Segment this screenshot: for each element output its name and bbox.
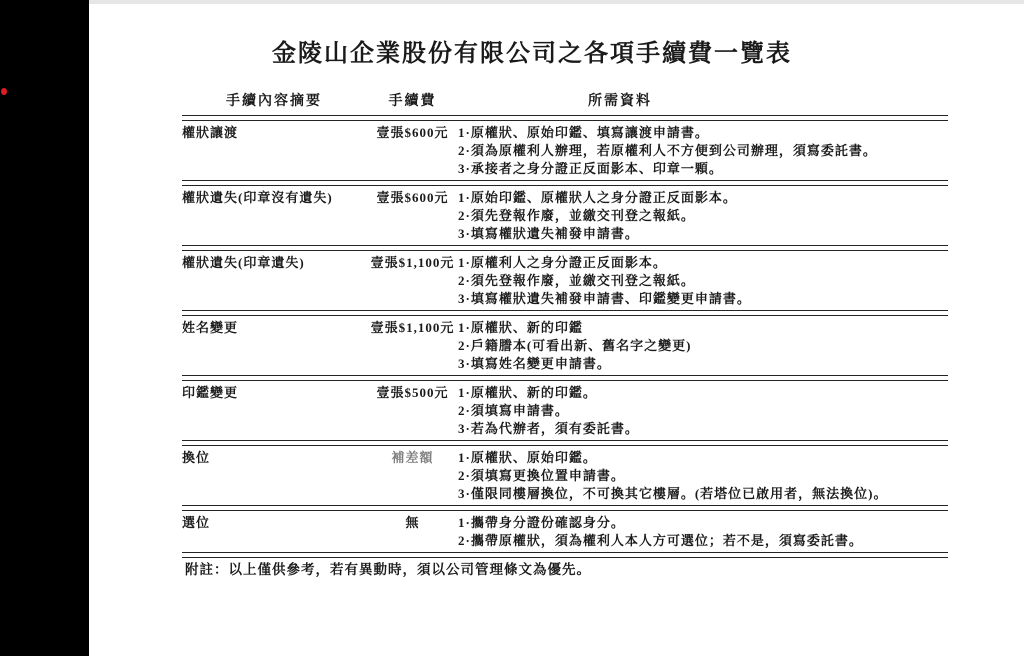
table-row: 換位 補差額 1·原權狀、原始印鑑。2·須填寫更換位置申請書。3·僅限同樓層換位… bbox=[182, 446, 948, 505]
requirement-line: 3·填寫權狀遺失補發申請書、印鑑變更申請書。 bbox=[458, 290, 948, 308]
top-gray-strip bbox=[89, 0, 1024, 4]
procedure-name: 印鑑變更 bbox=[182, 384, 367, 438]
fee-value: 壹張$600元 bbox=[367, 124, 458, 178]
table-row: 姓名變更 壹張$1,100元 1·原權狀、新的印鑑2·戶籍謄本(可看出新、舊名字… bbox=[182, 316, 948, 375]
procedure-name: 權狀讓渡 bbox=[182, 124, 367, 178]
requirement-line: 2·須為原權利人辦理，若原權利人不方便到公司辦理，須寫委託書。 bbox=[458, 142, 948, 160]
table-header-row: 手續內容摘要 手續費 所需資料 bbox=[182, 86, 948, 115]
requirement-line: 1·原權狀、原始印鑑、填寫讓渡申請書。 bbox=[458, 124, 948, 142]
procedure-name: 權狀遺失(印章沒有遺失) bbox=[182, 189, 367, 243]
fee-value: 壹張$500元 bbox=[367, 384, 458, 438]
table-row: 選位 無 1·攜帶身分證份確認身分。2·攜帶原權狀，須為權利人本人方可選位；若不… bbox=[182, 511, 948, 552]
fee-value: 壹張$1,100元 bbox=[367, 254, 458, 308]
fee-value: 補差額 bbox=[367, 449, 458, 503]
requirements-list: 1·原始印鑑、原權狀人之身分證正反面影本。2·須先登報作廢，並繳交刊登之報紙。3… bbox=[458, 189, 948, 243]
red-marker-dot bbox=[1, 88, 7, 95]
requirements-list: 1·原權利人之身分證正反面影本。2·須先登報作廢，並繳交刊登之報紙。3·填寫權狀… bbox=[458, 254, 948, 308]
requirement-line: 3·填寫姓名變更申請書。 bbox=[458, 355, 948, 373]
requirement-line: 2·須填寫更換位置申請書。 bbox=[458, 467, 948, 485]
requirement-line: 1·攜帶身分證份確認身分。 bbox=[458, 514, 948, 532]
table-row: 印鑑變更 壹張$500元 1·原權狀、新的印鑑。2·須填寫申請書。3·若為代辦者… bbox=[182, 381, 948, 440]
requirement-line: 3·若為代辦者，須有委託書。 bbox=[458, 420, 948, 438]
fee-value: 無 bbox=[367, 514, 458, 550]
requirement-line: 3·承接者之身分證正反面影本、印章一顆。 bbox=[458, 160, 948, 178]
footnote: 附註：以上僅供參考，若有異動時，須以公司管理條文為優先。 bbox=[185, 558, 591, 578]
requirements-list: 1·原權狀、新的印鑑2·戶籍謄本(可看出新、舊名字之變更)3·填寫姓名變更申請書… bbox=[458, 319, 948, 373]
procedure-name: 權狀遺失(印章遺失) bbox=[182, 254, 367, 308]
fee-table: 手續內容摘要 手續費 所需資料 權狀讓渡 壹張$600元 1·原權狀、原始印鑑、… bbox=[182, 86, 948, 558]
requirement-line: 1·原權狀、新的印鑑。 bbox=[458, 384, 948, 402]
fee-value: 壹張$600元 bbox=[367, 189, 458, 243]
requirement-line: 1·原始印鑑、原權狀人之身分證正反面影本。 bbox=[458, 189, 948, 207]
procedure-name: 選位 bbox=[182, 514, 367, 550]
requirement-line: 3·僅限同樓層換位，不可換其它樓層。(若塔位已啟用者，無法換位)。 bbox=[458, 485, 948, 503]
procedure-name: 換位 bbox=[182, 449, 367, 503]
table-row: 權狀讓渡 壹張$600元 1·原權狀、原始印鑑、填寫讓渡申請書。2·須為原權利人… bbox=[182, 121, 948, 180]
requirement-line: 2·戶籍謄本(可看出新、舊名字之變更) bbox=[458, 337, 948, 355]
column-header-fee: 手續費 bbox=[367, 90, 458, 110]
requirements-list: 1·攜帶身分證份確認身分。2·攜帶原權狀，須為權利人本人方可選位；若不是，須寫委… bbox=[458, 514, 948, 550]
column-header-required-docs: 所需資料 bbox=[458, 90, 948, 110]
page-title: 金陵山企業股份有限公司之各項手續費一覽表 bbox=[182, 33, 882, 68]
fee-value: 壹張$1,100元 bbox=[367, 319, 458, 373]
table-row: 權狀遺失(印章遺失) 壹張$1,100元 1·原權利人之身分證正反面影本。2·須… bbox=[182, 251, 948, 310]
requirements-list: 1·原權狀、原始印鑑。2·須填寫更換位置申請書。3·僅限同樓層換位，不可換其它樓… bbox=[458, 449, 948, 503]
requirement-line: 2·須先登報作廢，並繳交刊登之報紙。 bbox=[458, 272, 948, 290]
table-row: 權狀遺失(印章沒有遺失) 壹張$600元 1·原始印鑑、原權狀人之身分證正反面影… bbox=[182, 186, 948, 245]
requirements-list: 1·原權狀、新的印鑑。2·須填寫申請書。3·若為代辦者，須有委託書。 bbox=[458, 384, 948, 438]
procedure-name: 姓名變更 bbox=[182, 319, 367, 373]
requirement-line: 2·攜帶原權狀，須為權利人本人方可選位；若不是，須寫委託書。 bbox=[458, 532, 948, 550]
requirements-list: 1·原權狀、原始印鑑、填寫讓渡申請書。2·須為原權利人辦理，若原權利人不方便到公… bbox=[458, 124, 948, 178]
requirement-line: 1·原權狀、原始印鑑。 bbox=[458, 449, 948, 467]
requirement-line: 2·須先登報作廢，並繳交刊登之報紙。 bbox=[458, 207, 948, 225]
requirement-line: 1·原權利人之身分證正反面影本。 bbox=[458, 254, 948, 272]
requirement-line: 3·填寫權狀遺失補發申請書。 bbox=[458, 225, 948, 243]
left-black-bar bbox=[0, 0, 89, 656]
requirement-line: 1·原權狀、新的印鑑 bbox=[458, 319, 948, 337]
requirement-line: 2·須填寫申請書。 bbox=[458, 402, 948, 420]
table-body: 權狀讓渡 壹張$600元 1·原權狀、原始印鑑、填寫讓渡申請書。2·須為原權利人… bbox=[182, 121, 948, 558]
column-header-summary: 手續內容摘要 bbox=[182, 90, 367, 110]
